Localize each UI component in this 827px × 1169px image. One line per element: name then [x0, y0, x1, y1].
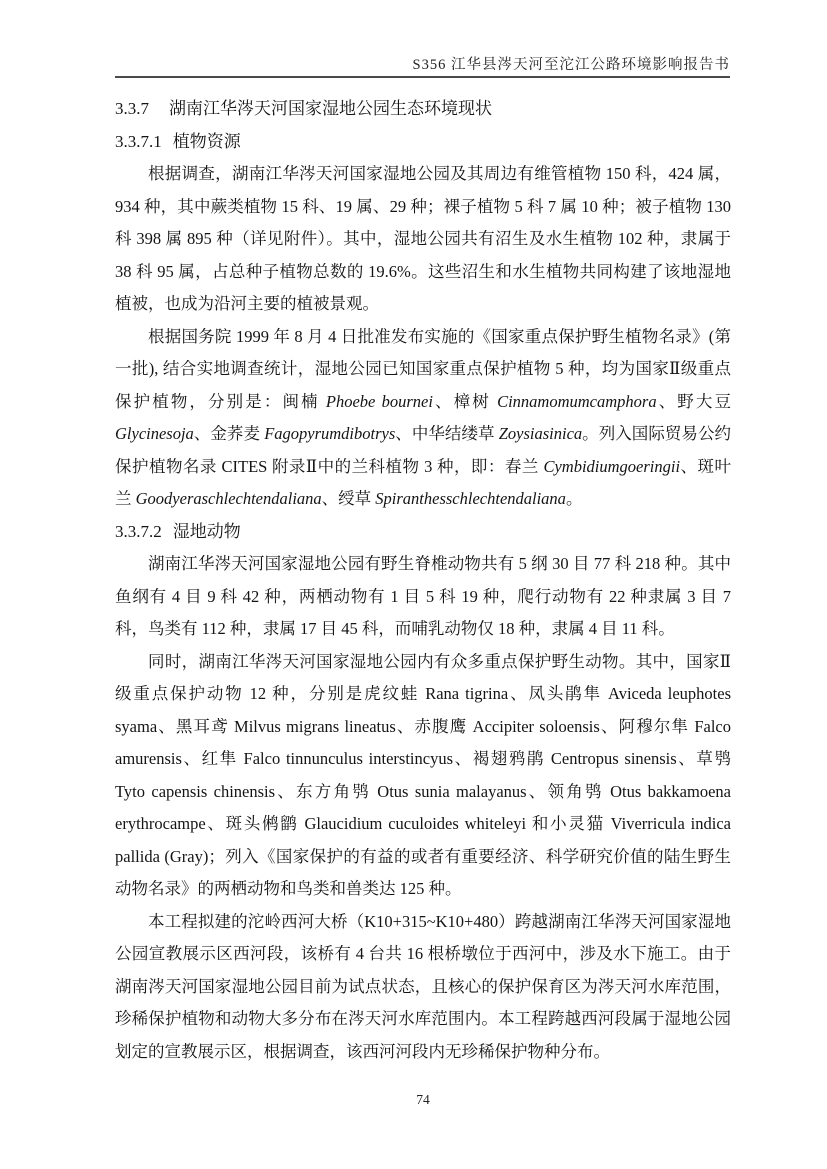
- section-number: 3.3.7.2: [115, 522, 162, 541]
- text-run: 、野大豆: [657, 392, 731, 411]
- section-number: 3.3.7: [115, 99, 149, 118]
- paragraph: 同时，湖南江华涔天河国家湿地公园内有众多重点保护野生动物。其中，国家Ⅱ级重点保护…: [115, 646, 731, 906]
- section-title: 湿地动物: [173, 522, 241, 541]
- latin-species-name: Zoysiasinica: [499, 424, 582, 443]
- page-number: 74: [416, 1092, 430, 1107]
- text-run: 根据调查，湖南江华涔天河国家湿地公园及其周边有维管植物 150 科，424 属，…: [115, 164, 731, 313]
- text-run: 。: [566, 489, 583, 508]
- text-run: 、樟树: [433, 392, 497, 411]
- section-number: 3.3.7.1: [115, 132, 162, 151]
- text-run: 湖南江华涔天河国家湿地公园有野生脊椎动物共有 5 纲 30 目 77 科 218…: [115, 554, 731, 638]
- section-title: 植物资源: [173, 132, 241, 151]
- document-content: 3.3.7湖南江华涔天河国家湿地公园生态环境现状3.3.7.1植物资源根据调查，…: [115, 93, 731, 1068]
- latin-species-name: Spiranthesschlechtendaliana: [375, 489, 566, 508]
- latin-species-name: Goodyeraschlechtendaliana: [136, 489, 322, 508]
- latin-species-name: Glycinesoja: [115, 424, 194, 443]
- latin-species-name: Cymbidiumgoeringii: [543, 457, 680, 476]
- text-run: 本工程拟建的沱岭西河大桥（K10+315~K10+480）跨越湖南江华涔天河国家…: [115, 912, 731, 1061]
- latin-species-name: Phoebe bournei: [326, 392, 433, 411]
- paragraph: 本工程拟建的沱岭西河大桥（K10+315~K10+480）跨越湖南江华涔天河国家…: [115, 906, 731, 1069]
- paragraph: 根据调查，湖南江华涔天河国家湿地公园及其周边有维管植物 150 科，424 属，…: [115, 158, 731, 321]
- section-heading-3.3.7: 3.3.7湖南江华涔天河国家湿地公园生态环境现状: [115, 93, 731, 126]
- document-page: S356 江华县涔天河至沱江公路环境影响报告书 3.3.7湖南江华涔天河国家湿地…: [0, 0, 827, 1169]
- paragraph: 湖南江华涔天河国家湿地公园有野生脊椎动物共有 5 纲 30 目 77 科 218…: [115, 548, 731, 646]
- section-title: 湖南江华涔天河国家湿地公园生态环境现状: [169, 99, 492, 118]
- text-run: 、中华结缕草: [395, 424, 498, 443]
- latin-species-name: Cinnamomumcamphora: [497, 392, 657, 411]
- text-run: 同时，湖南江华涔天河国家湿地公园内有众多重点保护野生动物。其中，国家Ⅱ级重点保护…: [115, 652, 731, 899]
- text-run: 、绶草: [322, 489, 376, 508]
- text-run: 、金荞麦: [194, 424, 264, 443]
- latin-species-name: Fagopyrumdibotrys: [264, 424, 395, 443]
- page-footer: 74: [115, 1092, 731, 1108]
- header-title: S356 江华县涔天河至沱江公路环境影响报告书: [115, 53, 730, 74]
- paragraph: 根据国务院 1999 年 8 月 4 日批准发布实施的《国家重点保护野生植物名录…: [115, 321, 731, 516]
- header-rule: [115, 76, 730, 78]
- section-heading-3.3.7.1: 3.3.7.1植物资源: [115, 126, 731, 159]
- section-heading-3.3.7.2: 3.3.7.2湿地动物: [115, 516, 731, 549]
